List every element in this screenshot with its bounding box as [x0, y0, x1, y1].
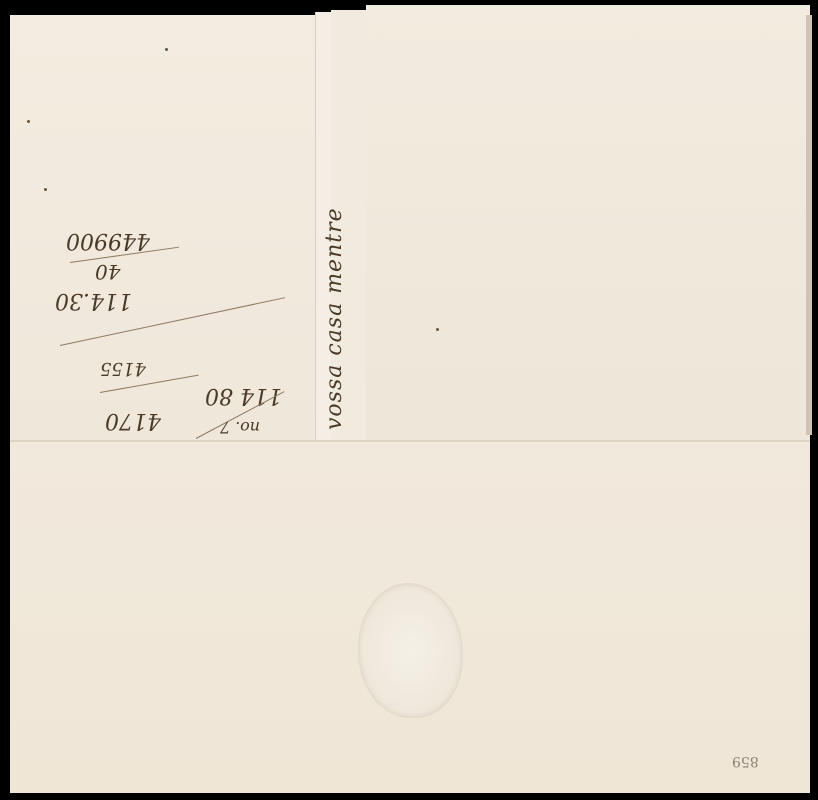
horizontal-fold — [10, 440, 810, 442]
calc-line-3: 114.30 — [55, 288, 132, 313]
right-edge — [806, 15, 812, 435]
ink-spot — [44, 188, 47, 191]
wax-seal-trace — [358, 583, 463, 718]
calc-line-7: no. 7 — [220, 418, 260, 437]
calc-line-6: 114 80 — [205, 383, 282, 408]
calc-line-4: 4155 — [100, 358, 146, 379]
ink-spot — [436, 328, 439, 331]
vertical-handwritten-note: vossa casa mentre — [322, 30, 347, 430]
upper-right-panel — [366, 5, 810, 440]
pencil-number: 859 — [732, 753, 759, 769]
ink-spot — [27, 120, 30, 123]
calc-line-5: 4170 — [105, 408, 161, 433]
ink-spot — [165, 48, 168, 51]
calc-line-2: 40 — [95, 260, 120, 284]
upper-left-panel — [10, 15, 315, 440]
calc-line-1: 449900 — [66, 228, 150, 253]
